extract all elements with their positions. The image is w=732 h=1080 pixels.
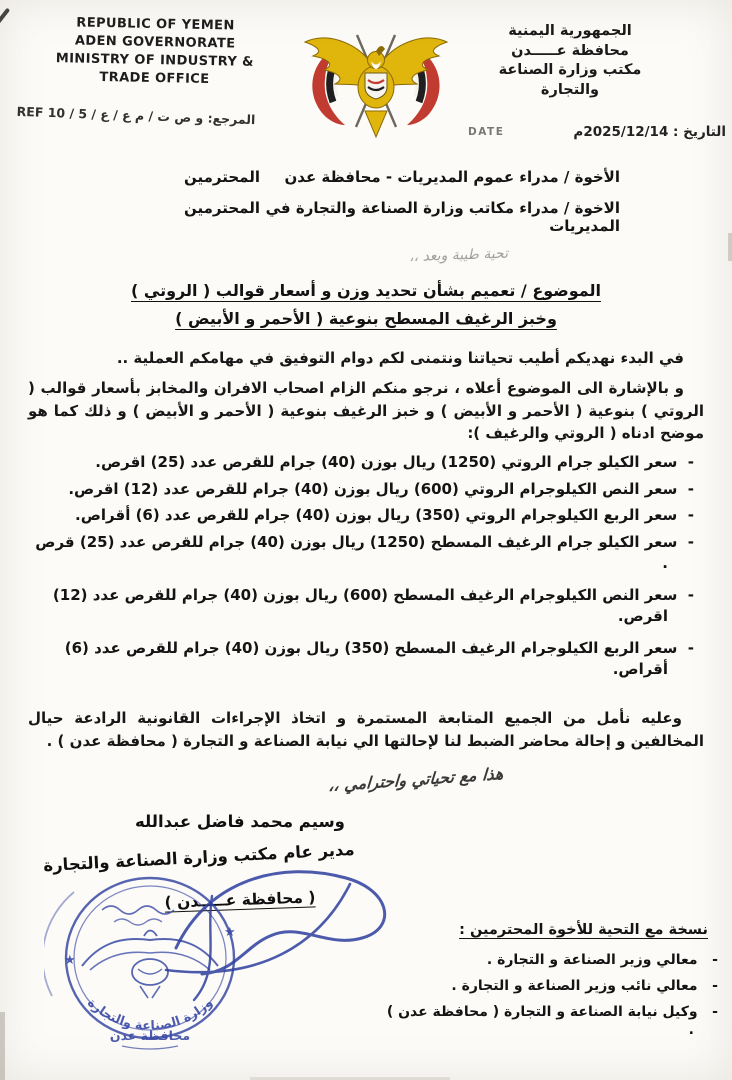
stamp-bottom-text: محافظة عدن	[110, 1028, 190, 1043]
scan-artifact	[0, 8, 10, 25]
price-list: سعر الكيلو جرام الروتي (1250) ريال بوزن …	[34, 452, 700, 681]
yemen-coat-of-arms-icon	[297, 20, 455, 140]
handwritten-greeting: تحية طيبة وبعد ،،	[318, 246, 508, 269]
recipient-text: الأخوة / مدراء عموم المديريات - محافظة ع…	[284, 168, 620, 186]
cc-list: معالي وزير الصناعة و التجارة . معالي نائ…	[380, 951, 722, 1039]
scan-artifact	[728, 233, 732, 261]
signatory-name: وسيم محمد فاضل عبدالله	[95, 812, 385, 831]
letterhead-english: REPUBLIC OF YEMEN ADEN GOVERNORATE MINIS…	[41, 14, 268, 90]
svg-text:★: ★	[64, 953, 76, 968]
price-item: سعر الربع الكيلوجرام الروتي (350) ريال ب…	[34, 505, 694, 527]
letterhead-arabic-line: محافظة عـــــدن	[486, 42, 654, 62]
scan-artifact	[0, 1012, 5, 1080]
cc-item: معالي نائب وزير الصناعة و التجارة .	[380, 977, 718, 995]
closing-paragraph: وعليه نأمل من الجميع المتابعة المستمرة و…	[28, 707, 704, 753]
recipients-block: الأخوة / مدراء عموم المديريات - محافظة ع…	[0, 168, 732, 248]
letterhead-arabic: الجمهورية اليمنية محافظة عـــــدن مكتب و…	[486, 22, 654, 100]
recipient-honorific: المحترمين	[184, 168, 260, 186]
letterhead-arabic-line: والتجارة	[486, 81, 654, 101]
price-item: سعر النص الكيلوجرام الروتي (600) ريال بو…	[34, 479, 694, 501]
price-item: سعر الكيلو جرام الروتي (1250) ريال بوزن …	[34, 452, 694, 474]
cc-item: وكيل نيابة الصناعة و التجارة ( محافظة عد…	[380, 1003, 718, 1039]
cc-item: معالي وزير الصناعة و التجارة .	[380, 951, 718, 969]
price-item: سعر النص الكيلوجرام الرغيف المسطح (600) …	[34, 585, 694, 628]
date-line: التاريخ : 2025/12/14م DATE	[468, 124, 726, 140]
price-list-block: سعر الكيلو جرام الروتي (1250) ريال بوزن …	[34, 452, 700, 691]
body-paragraph: و بالإشارة الى الموضوع أعلاه ، نرجو منكم…	[28, 377, 704, 445]
subject-line-1: الموضوع / تعميم بشأن تحديد وزن و أسعار ق…	[131, 281, 601, 300]
recipient-row: الأخوة / مدراء عموم المديريات - محافظة ع…	[0, 168, 732, 186]
recipient-honorific: المحترمين	[184, 199, 260, 235]
cc-block: نسخة مع التحية للأخوة المحترمين : معالي …	[380, 922, 722, 1047]
subject-line-2: وخبز الرغيف المسطح بنوعية ( الأحمر و الأ…	[175, 309, 557, 328]
scanned-letter-page: REPUBLIC OF YEMEN ADEN GOVERNORATE MINIS…	[0, 0, 732, 1080]
reference-number-line: المرجع: و ص ت / م ع / ع / 5 / 10 REF	[8, 104, 264, 128]
handwritten-signoff: هذا مع تحياتي واحترامي ،،	[296, 762, 537, 798]
recipient-text: الاخوة / مدراء مكاتب وزارة الصناعة والتج…	[260, 199, 620, 235]
cc-header: نسخة مع التحية للأخوة المحترمين :	[380, 922, 708, 938]
subject-block: الموضوع / تعميم بشأن تحديد وزن و أسعار ق…	[40, 281, 692, 337]
letterhead-arabic-line: مكتب وزارة الصناعة	[486, 61, 654, 81]
price-item: سعر الكيلو جرام الرغيف المسطح (1250) ريا…	[34, 532, 694, 575]
date-label-en: DATE	[468, 126, 504, 138]
date-value: التاريخ : 2025/12/14م	[573, 124, 726, 140]
letterhead-arabic-line: الجمهورية اليمنية	[486, 22, 654, 42]
recipient-row: الاخوة / مدراء مكاتب وزارة الصناعة والتج…	[0, 199, 732, 235]
price-item: سعر الربع الكيلوجرام الرغيف المسطح (350)…	[34, 638, 694, 681]
opening-line: في البدء نهديكم أطيب تحياتنا ونتمنى لكم …	[30, 349, 702, 367]
